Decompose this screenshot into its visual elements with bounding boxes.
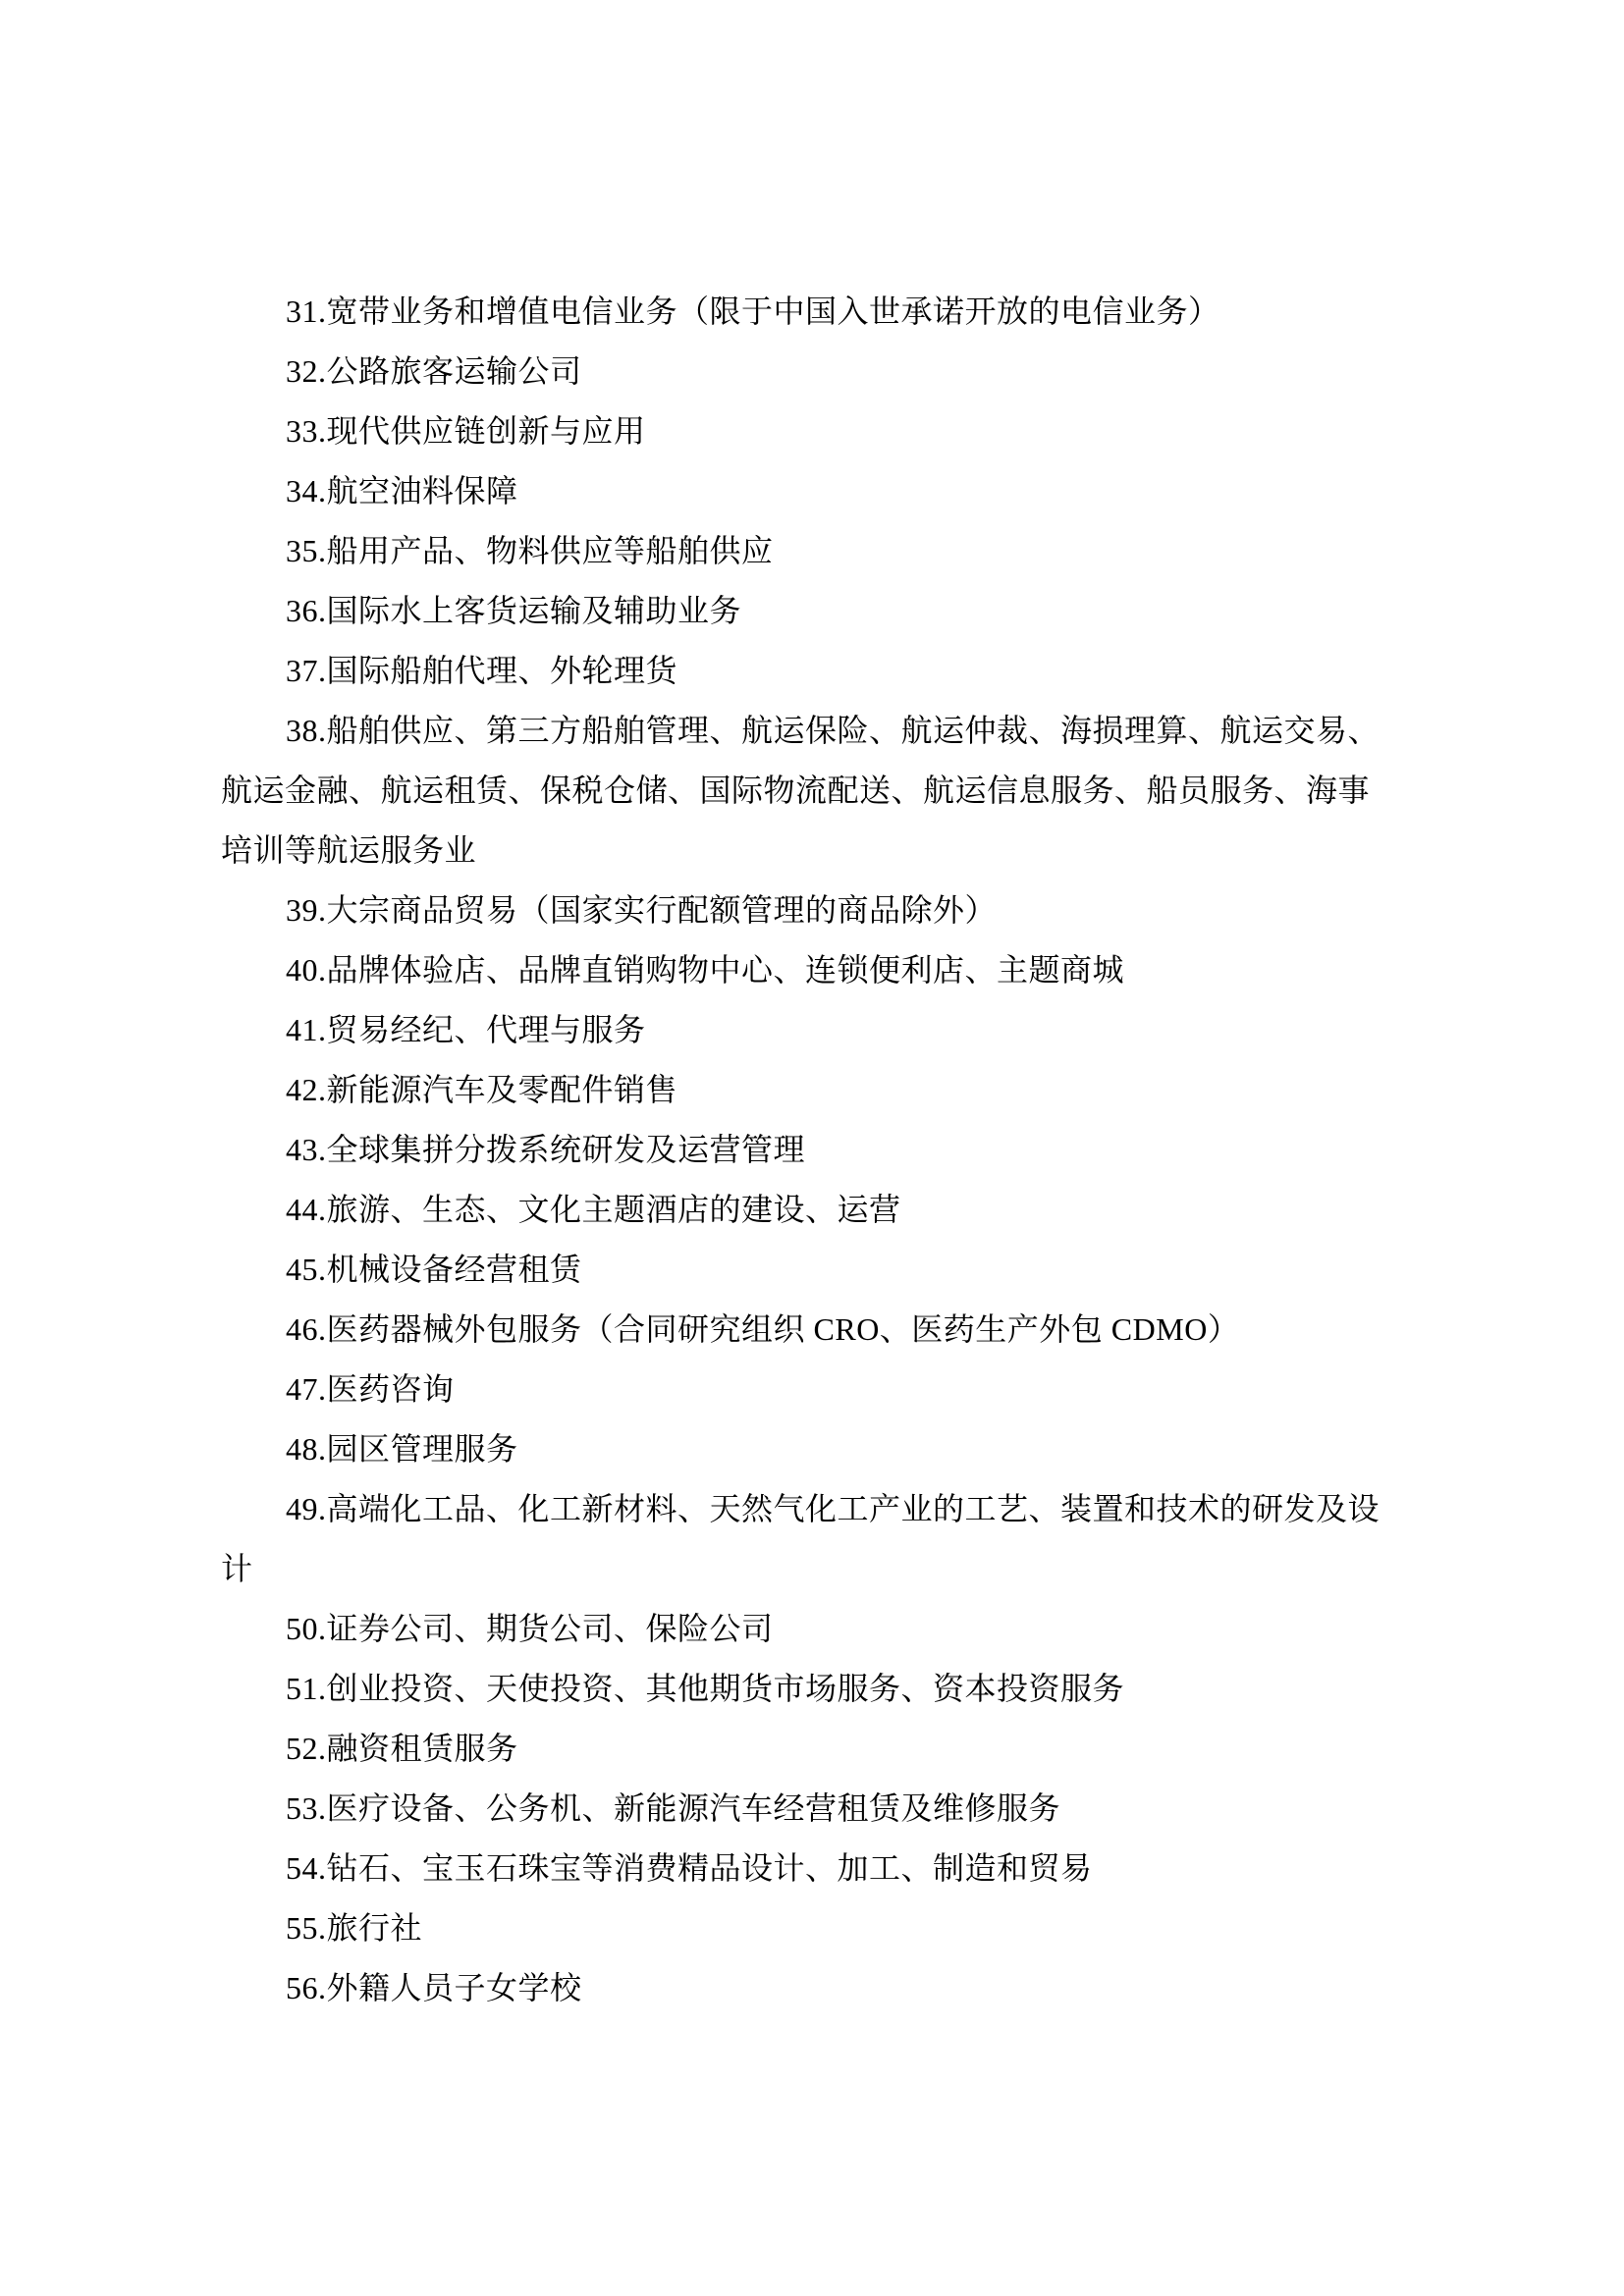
text-line: 32.公路旅客运输公司	[221, 342, 1409, 401]
text-line: 34.航空油料保障	[221, 461, 1409, 521]
text-line: 49.高端化工品、化工新材料、天然气化工产业的工艺、装置和技术的研发及设	[221, 1479, 1409, 1539]
text-line: 47.医药咨询	[221, 1360, 1409, 1419]
document-body: 31.宽带业务和增值电信业务（限于中国入世承诺开放的电信业务）32.公路旅客运输…	[221, 282, 1409, 2018]
text-line: 41.贸易经纪、代理与服务	[221, 1000, 1409, 1060]
text-line: 31.宽带业务和增值电信业务（限于中国入世承诺开放的电信业务）	[221, 282, 1409, 342]
text-line: 38.船舶供应、第三方船舶管理、航运保险、航运仲裁、海损理算、航运交易、	[221, 701, 1409, 761]
text-line: 55.旅行社	[221, 1898, 1409, 1958]
text-line: 35.船用产品、物料供应等船舶供应	[221, 521, 1409, 581]
text-line: 40.品牌体验店、品牌直销购物中心、连锁便利店、主题商城	[221, 940, 1409, 1000]
text-line: 44.旅游、生态、文化主题酒店的建设、运营	[221, 1180, 1409, 1240]
text-line: 51.创业投资、天使投资、其他期货市场服务、资本投资服务	[221, 1659, 1409, 1719]
document-page: 31.宽带业务和增值电信业务（限于中国入世承诺开放的电信业务）32.公路旅客运输…	[0, 0, 1624, 2296]
text-line: 52.融资租赁服务	[221, 1719, 1409, 1779]
text-line: 42.新能源汽车及零配件销售	[221, 1060, 1409, 1120]
text-line: 48.园区管理服务	[221, 1419, 1409, 1479]
text-line: 33.现代供应链创新与应用	[221, 401, 1409, 461]
text-line: 36.国际水上客货运输及辅助业务	[221, 581, 1409, 641]
text-line: 50.证券公司、期货公司、保险公司	[221, 1599, 1409, 1659]
text-line: 45.机械设备经营租赁	[221, 1240, 1409, 1300]
text-line: 37.国际船舶代理、外轮理货	[221, 641, 1409, 701]
text-line: 46.医药器械外包服务（合同研究组织 CRO、医药生产外包 CDMO）	[221, 1300, 1409, 1360]
text-line: 培训等航运服务业	[221, 821, 1409, 881]
text-line: 53.医疗设备、公务机、新能源汽车经营租赁及维修服务	[221, 1779, 1409, 1839]
text-line: 56.外籍人员子女学校	[221, 1958, 1409, 2018]
text-line: 54.钻石、宝玉石珠宝等消费精品设计、加工、制造和贸易	[221, 1839, 1409, 1898]
text-line: 43.全球集拼分拨系统研发及运营管理	[221, 1120, 1409, 1180]
text-line: 航运金融、航运租赁、保税仓储、国际物流配送、航运信息服务、船员服务、海事	[221, 761, 1409, 821]
text-line: 39.大宗商品贸易（国家实行配额管理的商品除外）	[221, 881, 1409, 940]
text-line: 计	[221, 1539, 1409, 1599]
